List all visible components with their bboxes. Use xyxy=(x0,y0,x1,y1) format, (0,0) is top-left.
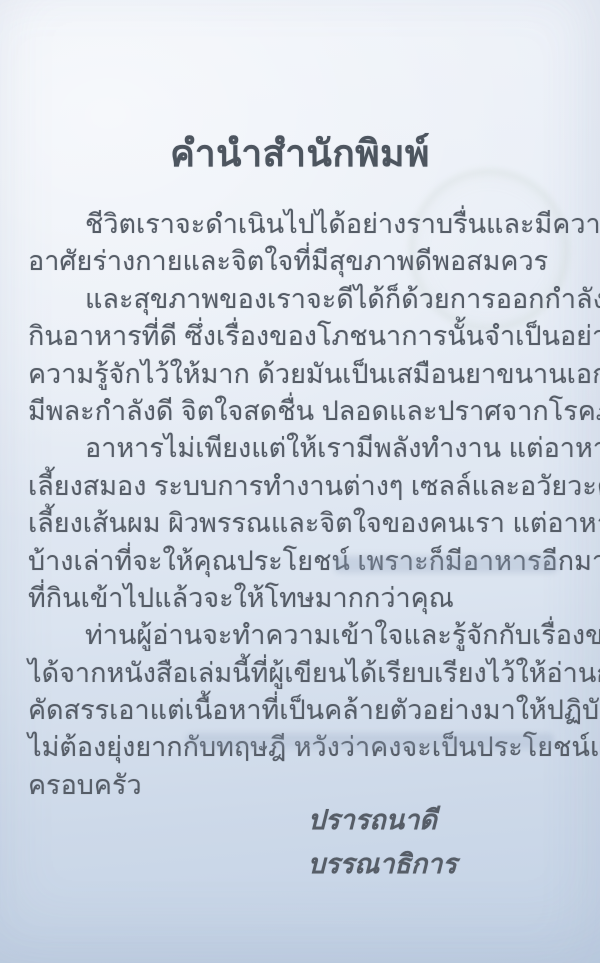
signature-wellwishes: ปรารถนาดี xyxy=(308,798,457,842)
body-line: ได้จากหนังสือเล่มนี้ที่ผู้เขียนได้เรียบเ… xyxy=(28,655,580,692)
body-line: มีพละกำลังดี จิตใจสดชื่น ปลอดและปราศจากโ… xyxy=(28,393,580,430)
body-line: ที่กินเข้าไปแล้วจะให้โทษมากกว่าคุณ xyxy=(28,580,580,617)
bleed-through-text-ghost xyxy=(186,733,554,749)
preface-body: ชีวิตเราจะดำเนินไปได้อย่างราบรื่นและมีคว… xyxy=(28,206,580,804)
body-line: และสุขภาพของเราจะดีได้ก็ด้วยการออกกำลังก… xyxy=(28,281,580,318)
body-line: อาศัยร่างกายและจิตใจที่มีสุขภาพดีพอสมควร xyxy=(28,243,580,280)
body-line: ความรู้จักไว้ให้มาก ด้วยมันเป็นเสมือนยาข… xyxy=(28,356,580,393)
signature-block: ปรารถนาดี บรรณาธิการ xyxy=(308,798,457,886)
body-line: เลี้ยงเส้นผม ผิวพรรณและจิตใจของคนเรา แต่… xyxy=(28,505,580,542)
body-line: กินอาหารที่ดี ซึ่งเรื่องของโภชนาการนั้นจ… xyxy=(28,318,580,355)
book-page: คำนำสำนักพิมพ์ ชีวิตเราจะดำเนินไปได้อย่า… xyxy=(0,0,600,963)
signature-editor: บรรณาธิการ xyxy=(308,842,457,886)
body-line: ท่านผู้อ่านจะทำความเข้าใจและรู้จักกับเรื… xyxy=(28,617,580,654)
bleed-through-text-ghost xyxy=(334,556,558,573)
page-title: คำนำสำนักพิมพ์ xyxy=(0,124,600,183)
body-line: ครอบครัว xyxy=(28,767,580,804)
body-line: ชีวิตเราจะดำเนินไปได้อย่างราบรื่นและมีคว… xyxy=(28,206,580,243)
body-line: อาหารไม่เพียงแต่ให้เรามีพลังทำงาน แต่อาห… xyxy=(28,430,580,467)
body-line: คัดสรรเอาแต่เนื้อหาที่เป็นคล้ายตัวอย่างม… xyxy=(28,692,580,729)
body-line: เลี้ยงสมอง ระบบการทำงานต่างๆ เซลล์และอวั… xyxy=(28,468,580,505)
